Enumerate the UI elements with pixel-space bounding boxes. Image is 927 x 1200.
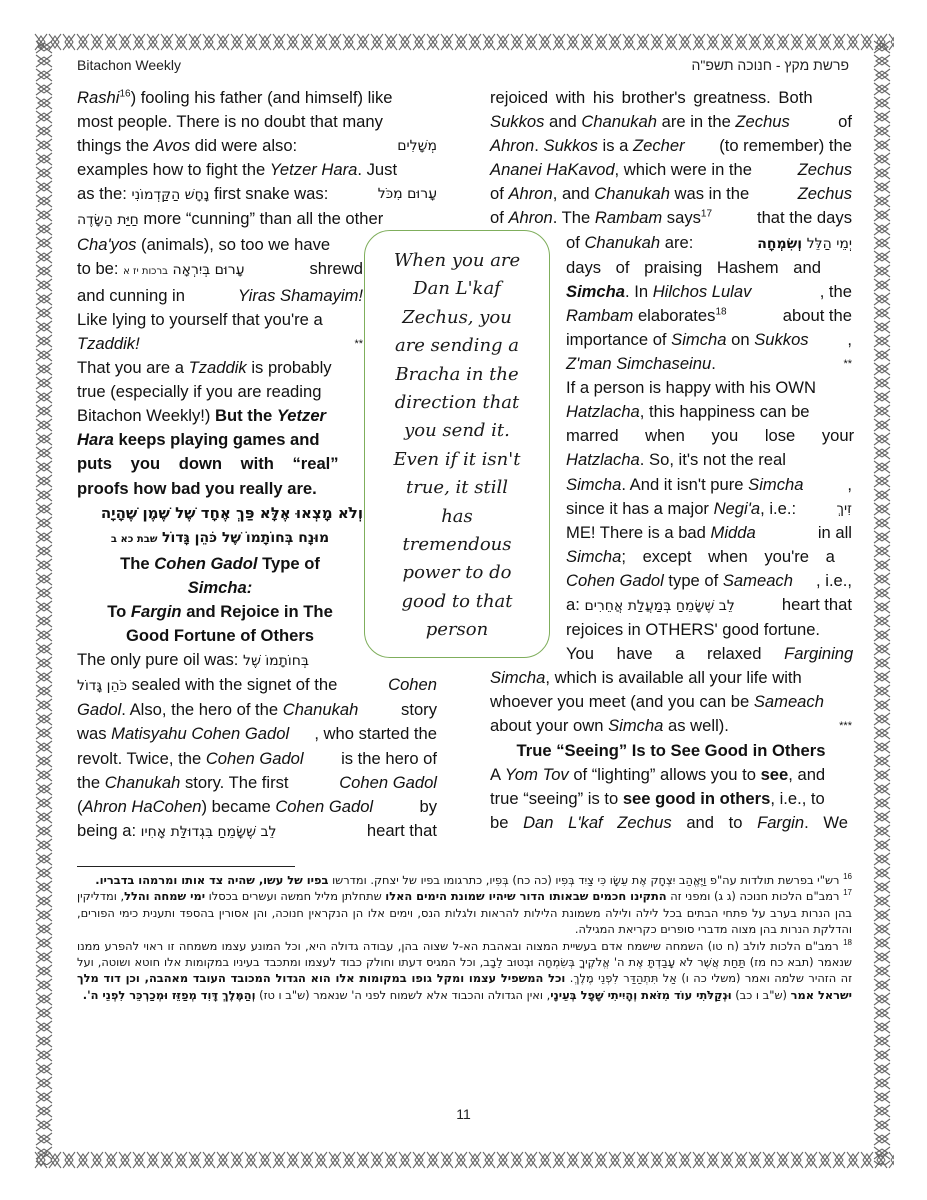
- text-line: things the Avos did were also: מְשָׁלִים: [77, 134, 437, 158]
- text-line: You have a relaxed Fargining: [566, 642, 852, 666]
- text-line: Like lying to yourself that you're a: [77, 308, 363, 332]
- text-line: true (especially if you are reading: [77, 380, 363, 404]
- text-line: revolt. Twice, the Cohen Gadol is the he…: [77, 747, 437, 771]
- footnote-separator: [77, 866, 295, 867]
- text-line: Simcha, which is available all your life…: [490, 666, 852, 690]
- text-line: was Matisyahu Cohen Gadol, who started t…: [77, 722, 437, 746]
- text-line: (Ahron HaCohen) became Cohen Gadol by: [77, 795, 437, 819]
- text-line: Hara keeps playing games and: [77, 428, 363, 452]
- text-line: Cohen Gadol type of Sameach, i.e.,: [566, 569, 852, 593]
- footnote-ref-17[interactable]: 17: [701, 209, 712, 220]
- footnote-16: 16 רש"י בפרשת תולדות עה"פ וַיֶּאֱהַב יִצ…: [77, 872, 852, 888]
- text-line: Bitachon Weekly!) But the Yetzer: [77, 404, 363, 428]
- text-line: puts you down with “real”: [77, 452, 363, 476]
- wrapped-text-block: of Chanukah are: וְשִׂמְחָה יְמֵי הַלֵּל…: [566, 231, 852, 667]
- footnote-17: 17 רמב"ם הלכות חנוכה (ג ג) ומפני זה התקי…: [77, 888, 852, 937]
- section-heading: Good Fortune of Others: [77, 624, 363, 648]
- hebrew-quote: וְלֹא מָצְאוּ אֶלָּא פַּךְ אֶחָד שֶׁל שֶ…: [77, 501, 363, 525]
- text-line: If a person is happy with his OWN: [566, 376, 852, 400]
- decorative-border-left: [34, 40, 54, 1165]
- text-line: importance of Simcha on Sukkos,: [566, 328, 852, 352]
- text-line: Rashi16) fooling his father (and himself…: [77, 86, 437, 110]
- text-line: true “seeing” is to see good in others, …: [490, 787, 852, 811]
- hebrew-quote: מוּנָח בְּחוֹתָמוֹ שֶׁל כֹּהֵן גָּדוֹל ש…: [77, 525, 363, 552]
- text-line: since it has a major Negi'a, i.e.: זִיךְ: [566, 497, 852, 521]
- text-line: חַיַּת הַשָּׂדֶה more “cunning” than all…: [77, 207, 437, 232]
- decorative-border-top: [34, 32, 894, 52]
- text-line: most people. There is no doubt that many: [77, 110, 437, 134]
- text-line: of Ahron. The Rambam says17 that the day…: [490, 206, 852, 230]
- text-line: days of praising Hashem and: [566, 256, 852, 280]
- decorative-border-bottom: [34, 1150, 894, 1170]
- text-line: rejoiced with his brother's greatness. B…: [490, 86, 852, 110]
- section-heading: Simcha:: [77, 576, 363, 600]
- page-number: 11: [0, 1106, 927, 1122]
- text-line: as the: נָחָשׁ הַקַּדְמוֹנִי first snake…: [77, 182, 437, 207]
- text-line: Simcha; except when you're a: [566, 545, 852, 569]
- text-line: examples how to fight the Yetzer Hara. J…: [77, 158, 437, 182]
- text-line: the Chanukah story. The first Cohen Gado…: [77, 771, 437, 795]
- parsha-title: פרשת מקץ - חנוכה תשפ"ה: [692, 57, 849, 73]
- text-line: Rambam elaborates18 about the: [566, 304, 852, 328]
- footnote-ref-18[interactable]: 18: [715, 306, 726, 317]
- text-line: of Ahron, and Chanukah was in the Zechus: [490, 182, 852, 206]
- text-line: Hatzlacha. So, it's not the real: [566, 448, 852, 472]
- footnote-ref-16[interactable]: 16: [119, 88, 130, 99]
- text-line: whoever you meet (and you can be Sameach: [490, 690, 852, 714]
- text-line: Z'man Simchaseinu.**: [566, 352, 852, 376]
- text-line: Ahron. Sukkos is a Zecher (to remember) …: [490, 134, 852, 158]
- decorative-border-right: [872, 40, 892, 1165]
- text-line: being a: לֵב שֶׁשָּׂמֵחַ בִּגְדוּלַּת אָ…: [77, 819, 437, 844]
- text-line: A Yom Tov of “lighting” allows you to se…: [490, 763, 852, 787]
- section-heading: True “Seeing” Is to See Good in Others: [490, 739, 852, 763]
- section-heading: To Fargin and Rejoice in The: [77, 600, 363, 624]
- section-heading: The Cohen Gadol Type of: [77, 552, 363, 576]
- text-line: proofs how bad you really are.: [77, 477, 363, 501]
- text-line: be Dan L'kaf Zechus and to Fargin. We: [490, 811, 852, 835]
- footnotes: 16 רש"י בפרשת תולדות עה"פ וַיֶּאֱהַב יִצ…: [77, 872, 852, 1003]
- text-line: to be: ברכות יז א עָרוּם בְּיִרְאָה shre…: [77, 257, 363, 284]
- text-line: Sukkos and Chanukah are in the Zechus of: [490, 110, 852, 134]
- text-line: כֹּהֵן גָּדוֹל sealed with the signet of…: [77, 673, 437, 698]
- text-line: of Chanukah are: וְשִׂמְחָה יְמֵי הַלֵּל: [566, 231, 852, 256]
- text-line: a: לֵב שֶׁשָּׂמֵחַ בְּמַעֲלַת אֲחֵרִים h…: [566, 593, 852, 618]
- text-line: Tzaddik!**: [77, 332, 363, 356]
- text-line: Gadol. Also, the hero of the Chanukah st…: [77, 698, 437, 722]
- right-column: rejoiced with his brother's greatness. B…: [490, 86, 852, 835]
- text-line: Simcha. And it isn't pure Simcha,: [566, 473, 852, 497]
- text-line: marred when you lose your: [566, 424, 852, 448]
- text-line: Simcha. In Hilchos Lulav, the: [566, 280, 852, 304]
- text-line: The only pure oil was: בְּחוֹתָמוֹ שֶׁל: [77, 648, 363, 673]
- text-line: ME! There is a bad Midda in all: [566, 521, 852, 545]
- text-line: and cunning in Yiras Shamayim!: [77, 284, 363, 308]
- text-line: rejoices in OTHERS' good fortune.: [566, 618, 852, 642]
- text-line: Ananei HaKavod, which were in the Zechus: [490, 158, 852, 182]
- text-line: Hatzlacha, this happiness can be: [566, 400, 852, 424]
- publication-title: Bitachon Weekly: [77, 57, 181, 73]
- text-line: about your own Simcha as well).***: [490, 714, 852, 738]
- footnote-18: 18 רמב"ם הלכות לולב (ח טו) השמחה שישמח א…: [77, 938, 852, 1004]
- text-line: That you are a Tzaddik is probably: [77, 356, 363, 380]
